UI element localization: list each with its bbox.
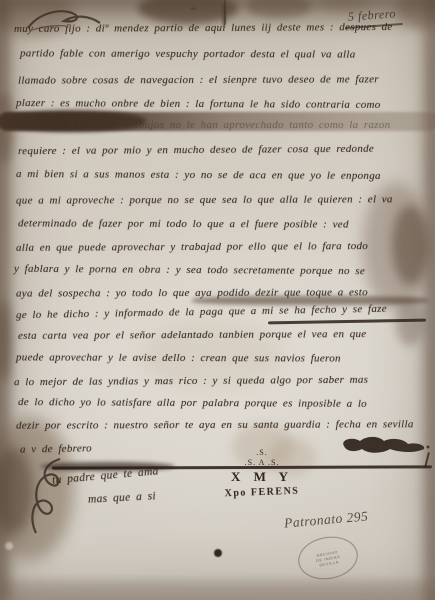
letter-line: esta carta vea por el señor adelantado t… (18, 328, 367, 342)
signature-row-4: Xpo FERENS (212, 485, 312, 499)
letter-line: plazer : es mucho onbre de bien : la for… (16, 97, 381, 112)
stain-left-bulge-2 (0, 300, 12, 382)
top-tick-mark (224, 0, 226, 24)
white-spot (5, 542, 13, 550)
letter-line: que a mi aproveche : porque no se que se… (16, 193, 393, 207)
signature-row-2: .S. A .S. (212, 458, 312, 467)
letter-line: determinado de fazer por mi todo lo que … (18, 217, 349, 231)
stain-bottom-band (0, 580, 435, 600)
letter-line: partido fable con amerigo vespuchy porta… (20, 47, 356, 61)
archive-stamp: ARCHIVO DE INDIAS SEVILLA (295, 532, 361, 584)
top-cross-mark: + (190, 1, 197, 16)
signature-row-3: X M Y (212, 469, 312, 485)
letter-line: de lo dicho yo lo satisfare alla por pal… (18, 396, 367, 410)
stain-top-blob (138, 0, 238, 24)
stain-right-low (396, 298, 424, 346)
letter-line: alla en que puede aprovechar y trabajad … (16, 240, 368, 254)
letter-line: requiere : el va por mio y en mucho dese… (18, 143, 374, 158)
letter-line: a mi bien si a sus manos esta : yo no se… (16, 168, 381, 183)
letter-line: puede aprovechar y le avise dello : crea… (16, 351, 341, 365)
letter-line: muy caro fijo : diº mendez partio de aqu… (14, 21, 393, 36)
ink-blot-flourish (338, 432, 430, 458)
stain-right-band (424, 0, 435, 600)
letter-line: a lo mejor de las yndias y mas rico : y … (14, 374, 368, 389)
letter-line: ge lo he dicho : y informado de la paga … (16, 303, 387, 322)
manuscript-page: + 14 5 febrero muy caro fijo : diº mende… (0, 0, 435, 600)
archive-reference: Patronato 295 (283, 508, 368, 531)
letter-line: llamado sobre cosas de navegacion : el s… (18, 73, 379, 87)
letter-line-obscured: a otros muchos : sus trabajos no le han … (14, 119, 390, 132)
signature-row-1: .S. (212, 448, 312, 457)
flourish-bottom-left (22, 455, 77, 540)
stain-left-band (0, 0, 10, 600)
letter-line: y fablara y le porna en obra : y sea tod… (14, 263, 365, 278)
stain-right-middle-core (392, 205, 428, 285)
ink-underline-line13 (268, 319, 426, 324)
stain-top-right-corner (396, 0, 435, 28)
ink-dot (214, 549, 222, 557)
stain-top-blob-2 (246, 0, 312, 18)
letter-line: aya del sospecha : yo todo lo que aya po… (16, 286, 368, 300)
closing-line-2: mas que a si (88, 490, 157, 507)
letter-line: dezir por escrito : nuestro señor te aya… (16, 418, 414, 432)
